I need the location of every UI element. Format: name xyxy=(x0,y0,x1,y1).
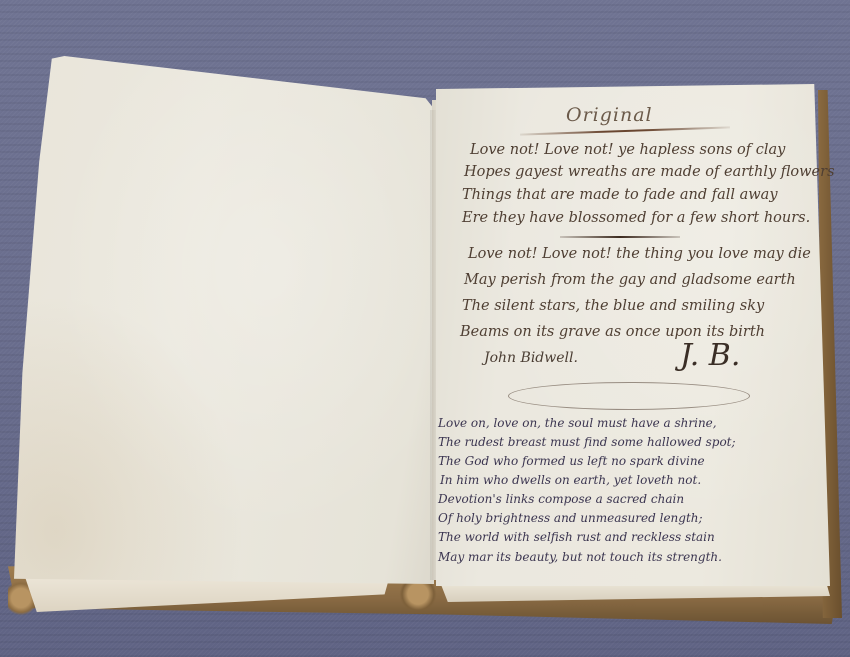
poem2-line: Of holy brightness and unmeasured length… xyxy=(438,511,703,525)
poem2-line: Love on, love on, the soul must have a s… xyxy=(438,416,717,430)
poem1-line: The silent stars, the blue and smiling s… xyxy=(462,298,764,314)
poem2-line: In him who dwells on earth, yet loveth n… xyxy=(440,473,701,487)
poem2-line: The God who formed us left no spark divi… xyxy=(438,454,705,468)
stanza-divider xyxy=(560,236,680,238)
signature-initials: J. B. xyxy=(680,338,740,373)
poem2-line: The rudest breast must find some hallowe… xyxy=(438,435,736,449)
poem2-line: Devotion's links compose a sacred chain xyxy=(438,492,684,506)
poem2-line: May mar its beauty, but not touch its st… xyxy=(438,550,722,564)
poem1-line: Love not! Love not! ye hapless sons of c… xyxy=(470,142,785,158)
poem1-line: May perish from the gay and gladsome ear… xyxy=(464,272,796,288)
photo-scene: Original Love not! Love not! ye hapless … xyxy=(0,0,850,657)
signature-name: John Bidwell. xyxy=(484,350,578,366)
poem1-line: Love not! Love not! the thing you love m… xyxy=(468,246,811,262)
poem1-line: Ere they have blossomed for a few short … xyxy=(462,210,810,226)
poem1-line: Hopes gayest wreaths are made of earthly… xyxy=(464,164,835,180)
poem2-line: The world with selfish rust and reckless… xyxy=(438,530,715,544)
poem1-line: Things that are made to fade and fall aw… xyxy=(462,187,778,203)
page-heading: Original xyxy=(566,104,653,126)
left-blank-page xyxy=(14,56,434,584)
signature-flourish xyxy=(508,382,750,410)
